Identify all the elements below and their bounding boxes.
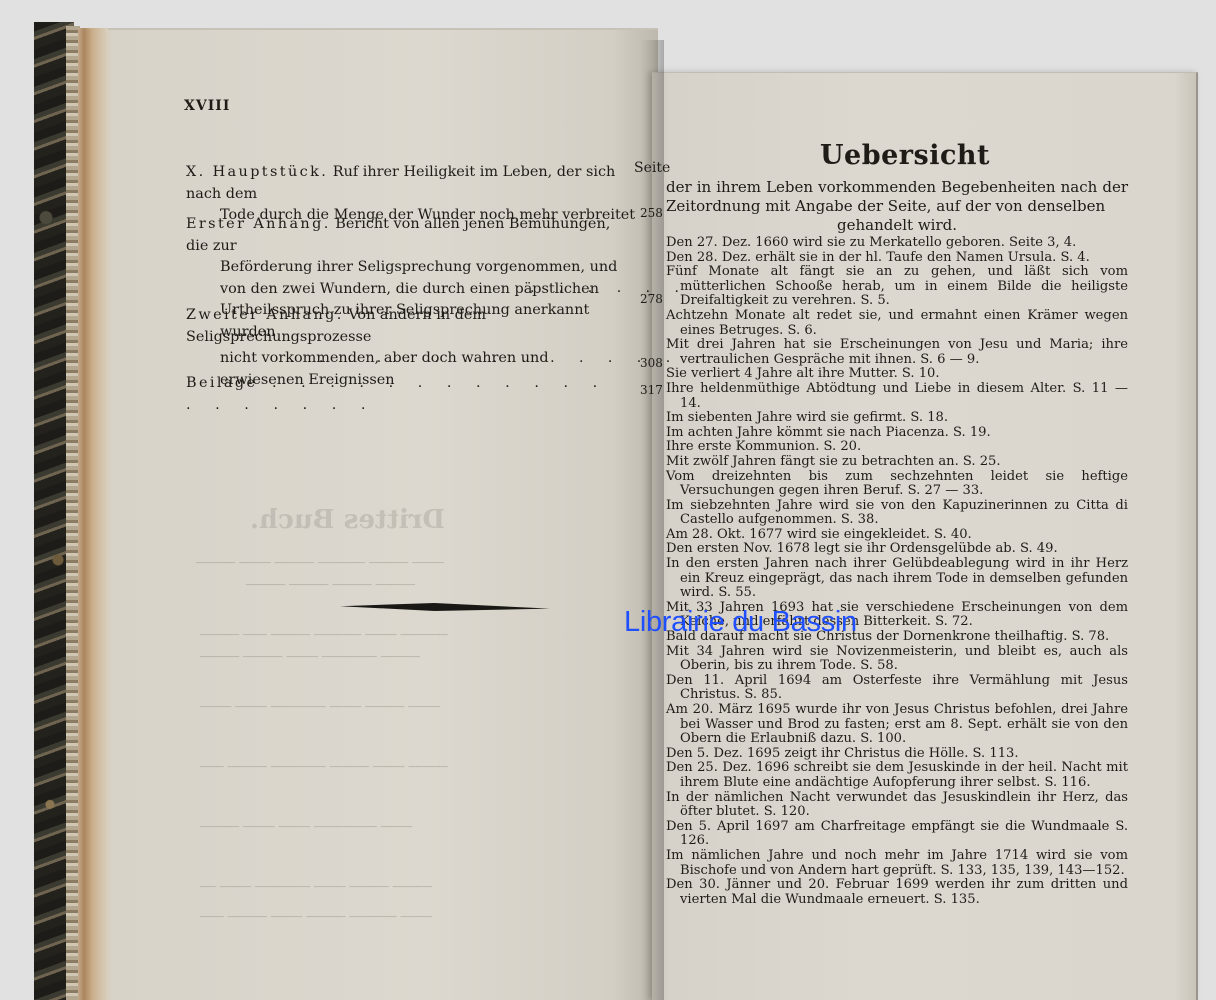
- chronology-entry: Den 25. Dez. 1696 schreibt sie dem Jesus…: [666, 761, 1128, 790]
- toc-heading: Beilage: [186, 375, 257, 391]
- bleed-through-line: ──── ───── ──── ─────── ──── ────: [200, 700, 440, 715]
- bleed-through-line: ──── ──────── ──── ──── ─────: [200, 820, 412, 835]
- open-book-photo: Drittes Buch. ──── ───── ────── ───── ──…: [0, 0, 1216, 1000]
- chronology-entry: Ihre erste Kommunion. S. 20.: [666, 440, 1128, 455]
- bleed-through-line: ──── ───── ────── ───── ──── ─────: [196, 556, 444, 571]
- chronology-entry: Am 20. März 1695 wurde ihr von Jesus Chr…: [666, 703, 1128, 747]
- chronology-entry: Fünf Monate alt fängt sie an zu gehen, u…: [666, 265, 1128, 309]
- toc-page-number: 308: [640, 356, 663, 370]
- chronology-entry: Den 11. April 1694 am Osterfeste ihre Ve…: [666, 674, 1128, 703]
- subtitle-text: der in ihrem Leben vorkommenden Begebenh…: [666, 178, 1128, 215]
- chronology-list: Den 27. Dez. 1660 wird sie zu Merkatello…: [666, 236, 1128, 907]
- page-title: Uebersicht: [820, 140, 990, 171]
- chronology-entry: Den ersten Nov. 1678 legt sie ihr Ordens…: [666, 542, 1128, 557]
- watermark: Librairie du Bassin: [624, 606, 857, 639]
- left-page-stained-edge: [78, 28, 108, 1000]
- chronology-entry: Den 5. Dez. 1695 zeigt ihr Christus die …: [666, 747, 1128, 762]
- chronology-entry: Den 30. Jänner und 20. Februar 1699 werd…: [666, 878, 1128, 907]
- toc-page-number: 317: [640, 383, 663, 397]
- bleed-through-line: ───── ───── ──── ─────── ──── ──: [200, 880, 432, 895]
- toc-entry: Beilage . . . . . . . . . . . . . . . . …: [186, 373, 636, 416]
- page-number: XVIII: [184, 98, 230, 114]
- toc-heading: Zweiter Anhang.: [186, 307, 344, 323]
- chronology-entry: Mit zwölf Jahren fängt sie zu betrachten…: [666, 455, 1128, 470]
- bleed-through-line: ───── ─────── ──── ───── ─────: [200, 650, 420, 665]
- chronology-entry: Am 28. Okt. 1677 wird sie eingekleidet. …: [666, 528, 1128, 543]
- chronology-entry: Im siebenten Jahre wird sie gefirmt. S. …: [666, 411, 1128, 426]
- toc-page-number: 278: [640, 292, 663, 306]
- book-gutter-shadow: [640, 40, 664, 1000]
- bleed-through-line: ───── ───── ───── ─────: [246, 578, 415, 593]
- seite-column-label: Seite: [634, 160, 670, 176]
- chronology-entry: In den ersten Jahren nach ihrer Gelübdea…: [666, 557, 1128, 601]
- chronology-entry: Den 5. April 1697 am Charfreitage empfän…: [666, 820, 1128, 849]
- bleed-through-line: ───── ──── ───── ─────── ───── ───: [200, 760, 448, 775]
- toc-heading: X. Hauptstück.: [186, 164, 328, 180]
- subtitle-last-line: gehandelt wird.: [666, 216, 1128, 235]
- chronology-entry: Im siebzehnten Jahre wird sie von den Ka…: [666, 499, 1128, 528]
- chronology-entry: Mit 34 Jahren wird sie Novizenmeisterin,…: [666, 645, 1128, 674]
- chronology-entry: Sie verliert 4 Jahre alt ihre Mutter. S.…: [666, 367, 1128, 382]
- chronology-entry: Mit drei Jahren hat sie Erscheinungen vo…: [666, 338, 1128, 367]
- chronology-entry: Im achten Jahre kömmt sie nach Piacenza.…: [666, 426, 1128, 441]
- bleed-through-line: ──── ────── ───── ──── ───── ───: [200, 910, 432, 925]
- toc-heading: Erster Anhang.: [186, 216, 331, 232]
- bleed-through-heading: Drittes Buch.: [250, 505, 445, 535]
- chronology-entry: Den 27. Dez. 1660 wird sie zu Merkatello…: [666, 236, 1128, 251]
- chronology-entry: Achtzehn Monate alt redet sie, und ermah…: [666, 309, 1128, 338]
- chronology-entry: Den 28. Dez. erhält sie in der hl. Taufe…: [666, 251, 1128, 266]
- page-subtitle: der in ihrem Leben vorkommenden Begebenh…: [666, 178, 1128, 235]
- chronology-entry: Im nämlichen Jahre und noch mehr im Jahr…: [666, 849, 1128, 878]
- chronology-entry: In der nämlichen Nacht verwundet das Jes…: [666, 791, 1128, 820]
- toc-page-number: 258: [640, 206, 663, 220]
- chronology-entry: Ihre heldenmüthige Abtödtung und Liebe i…: [666, 382, 1128, 411]
- chronology-entry: Vom dreizehnten bis zum sechzehnten leid…: [666, 470, 1128, 499]
- bleed-through-line: ────── ──── ────── ───── ─── ─────: [200, 628, 448, 643]
